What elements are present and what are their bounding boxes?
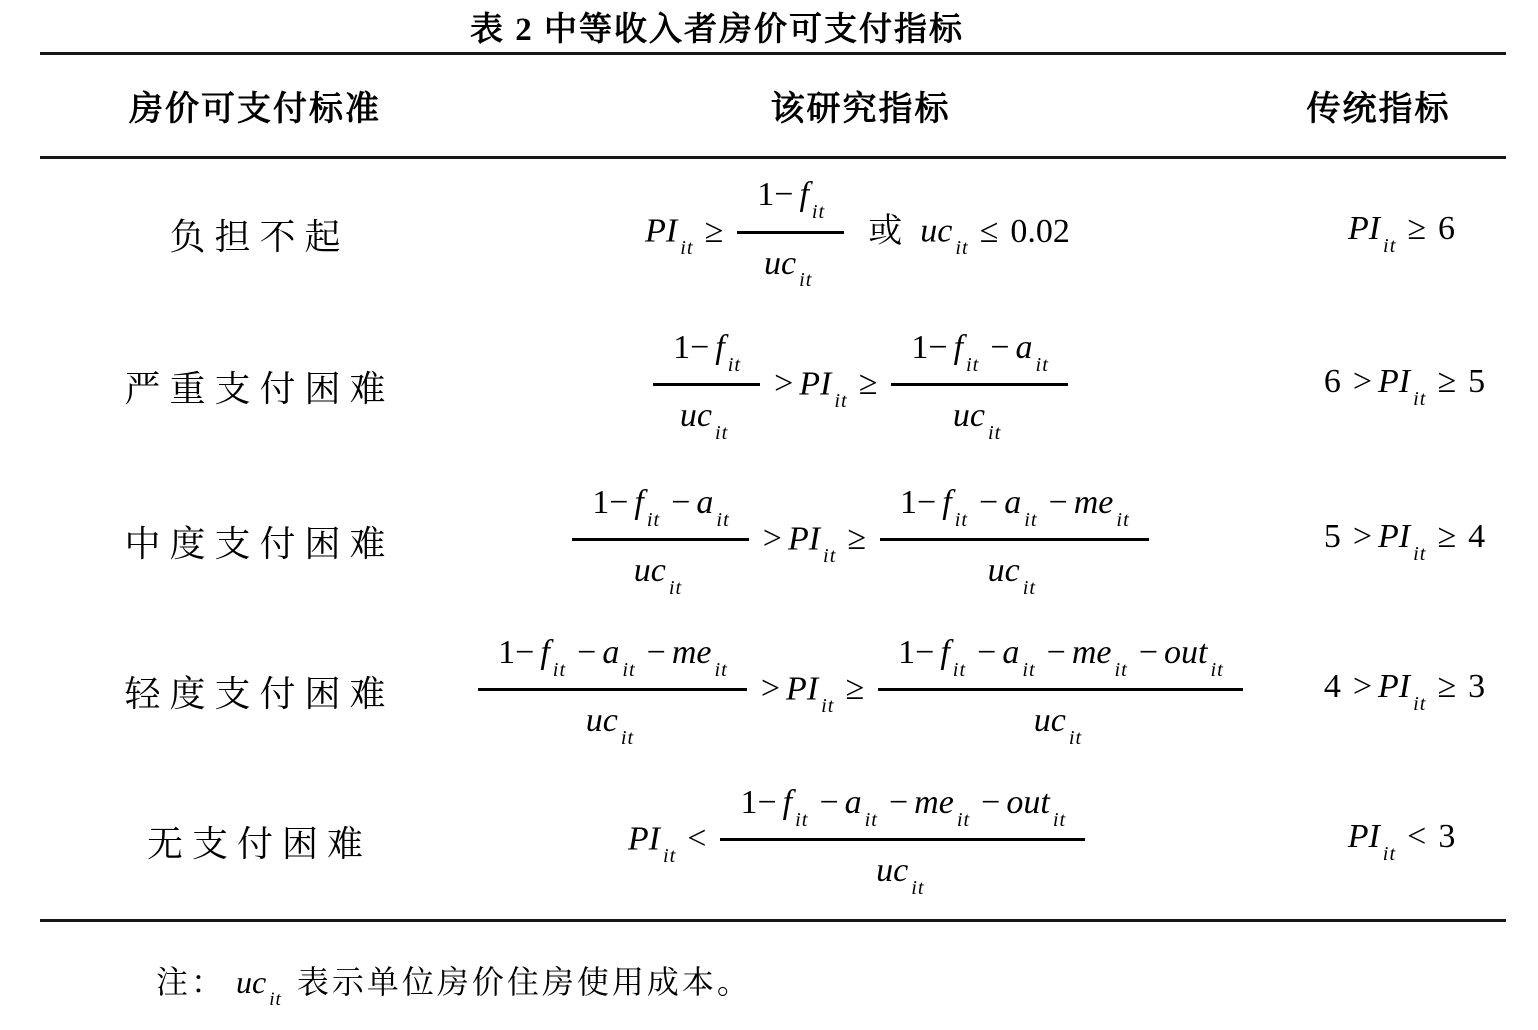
formula-operator: > [774,365,793,402]
formula-operator: 1− [900,484,936,521]
formula-operator: − [979,484,998,521]
formula-subscript: it [669,577,682,599]
formula-variable: PI [1348,210,1380,247]
formula-variable: uc [988,552,1020,589]
formula-subscript: it [715,422,728,444]
table-note: 注：ucit表示单位房价住房使用成本。 [146,964,762,1011]
traditional-formula-cell: 6>PIit≥5 [1251,362,1506,411]
formula-variable: uc [680,397,712,434]
formula-subscript: it [728,354,741,376]
formula-operator: < [1407,818,1426,855]
formula-variable: PI [628,820,660,857]
formula-operator: − [1049,484,1068,521]
formula-operator: 1− [498,634,534,671]
formula-operator: > [1353,518,1372,555]
formula-variable: PI [786,670,818,707]
traditional-formula-cell: PIit≥6 [1251,209,1506,258]
formula-subscript: it [953,659,966,681]
formula-variable: uc [764,245,796,282]
study-formula-cell: 1−fitucit>PIit≥1−fit−aitucit [470,328,1251,445]
fraction: 1−fitucit [653,328,760,445]
formula-operator: 5 [1324,518,1341,555]
formula-operator: ≥ [1437,363,1456,400]
formula-subscript: it [821,695,834,717]
formula-subscript: it [955,237,968,259]
formula-variable: uc [876,852,908,889]
table-title-row: 表 2 中等收入者房价可支付指标 [40,0,1506,52]
formula-operator: − [981,784,1000,821]
traditional-formula: 6>PIit≥5 [1318,362,1491,411]
fraction-denominator: ucit [862,841,943,900]
row-label: 中度支付困难 [40,516,470,567]
formula-subscript: it [647,509,660,531]
formula-subscript: it [621,727,634,749]
row-label: 无支付困难 [40,816,470,867]
formula-subscript: it [1053,809,1066,831]
formula-operator: ≥ [1437,518,1456,555]
formula-subscript: it [1211,659,1224,681]
formula-subscript: it [680,237,693,259]
study-formula-cell: PIit≥1−fitucit或ucit≤0.02 [470,175,1251,292]
formula-subscript: it [1413,388,1426,410]
formula-subscript: it [823,545,836,567]
formula-subscript: it [955,509,968,531]
formula-subscript: it [834,390,847,412]
fraction: 1−fit−aitucit [891,328,1068,445]
formula-operator: 6 [1438,210,1455,247]
traditional-formula-cell: 5>PIit≥4 [1251,517,1506,566]
row-label: 严重支付困难 [40,361,470,412]
formula-subscript: it [1023,577,1036,599]
formula-operator: 1− [592,484,628,521]
formula-subscript: it [269,989,282,1010]
study-formula: 1−fit−ait−meitucit>PIit≥1−fit−ait−meit−o… [470,633,1251,750]
formula-subscript: it [865,809,878,831]
formula-subscript: it [1036,354,1049,376]
fraction-numerator: 1−fit−ait−meit−outit [878,633,1243,691]
formula-text: 注： [156,964,226,1000]
formula-subscript: it [1115,659,1128,681]
formula-variable: a [696,484,713,521]
header-study-indicator: 该研究指标 [470,81,1251,130]
fraction-numerator: 1−fit [737,175,844,233]
formula-variable: f [954,329,963,366]
fraction-numerator: 1−fit [653,328,760,386]
formula-variable: f [940,634,949,671]
header-affordability-standard: 房价可支付标准 [40,81,470,130]
affordability-table: 表 2 中等收入者房价可支付指标 房价可支付标准 该研究指标 传统指标 负担不起… [40,0,1506,1011]
fraction: 1−fit−ait−meit−outitucit [878,633,1243,750]
fraction: 1−fit−aitucit [572,483,749,600]
fraction-denominator: ucit [620,541,701,600]
row-label: 负担不起 [40,209,470,260]
formula-operator: − [577,634,596,671]
table-row-mild-difficulty: 轻度支付困难 1−fit−ait−meitucit>PIit≥1−fit−ait… [40,619,1506,764]
formula-variable: a [1016,329,1033,366]
formula-variable: me [914,784,954,821]
formula-operator: − [1139,634,1158,671]
formula-operator: ≥ [1407,210,1426,247]
formula-subscript: it [1116,509,1129,531]
study-formula: 1−fitucit>PIit≥1−fit−aitucit [645,328,1076,445]
fraction-numerator: 1−fit−ait [572,483,749,541]
traditional-formula-cell: PIit<3 [1251,817,1506,866]
formula-subscript: it [812,201,825,223]
traditional-formula: 4>PIit≥3 [1318,667,1491,716]
formula-variable: f [799,176,808,213]
table-note-row: 注：ucit表示单位房价住房使用成本。 [40,922,1506,1011]
fraction: 1−fit−ait−meitucit [880,483,1149,600]
formula-subscript: it [988,422,1001,444]
formula-operator: > [1353,668,1372,705]
formula-operator: − [990,329,1009,366]
formula-subscript: it [911,877,924,899]
formula-variable: f [942,484,951,521]
formula-operator: − [647,634,666,671]
formula-operator: 1− [911,329,947,366]
study-formula-cell: PIit<1−fit−ait−meit−outitucit [470,783,1251,900]
formula-operator: 6 [1324,363,1341,400]
formula-variable: PI [1378,518,1410,555]
formula-operator: ≥ [845,670,864,707]
table-row-unaffordable: 负担不起 PIit≥1−fitucit或ucit≤0.02 PIit≥6 [40,159,1506,309]
formula-variable: uc [634,552,666,589]
traditional-formula: PIit≥6 [1348,209,1461,258]
formula-subscript: it [1413,543,1426,565]
formula-subscript: it [622,659,635,681]
fraction: 1−fit−ait−meit−outitucit [720,783,1085,900]
paper-page: 表 2 中等收入者房价可支付指标 房价可支付标准 该研究指标 传统指标 负担不起… [0,0,1538,1030]
formula-subscript: it [1413,693,1426,715]
formula-subscript: it [799,269,812,291]
study-formula-cell: 1−fit−aitucit>PIit≥1−fit−ait−meitucit [470,483,1251,600]
formula-variable: me [1074,484,1114,521]
formula-subscript: it [663,845,676,867]
formula-operator: ≥ [705,213,724,250]
traditional-formula: PIit<3 [1348,817,1462,866]
formula-operator: < [687,820,706,857]
formula-variable: uc [920,213,952,250]
formula-operator: − [819,784,838,821]
table-header-row: 房价可支付标准 该研究指标 传统指标 [40,55,1506,156]
formula-variable: out [1006,784,1049,821]
formula-operator: − [671,484,690,521]
formula-subscript: it [1024,509,1037,531]
fraction-numerator: 1−fit−ait [891,328,1068,386]
fraction-numerator: 1−fit−ait−meit [478,633,747,691]
formula-operator: ≥ [1437,668,1456,705]
formula-operator: 1− [673,329,709,366]
formula-operator: > [763,520,782,557]
formula-variable: PI [799,365,831,402]
formula-operator: − [889,784,908,821]
formula-operator: 3 [1438,818,1455,855]
formula-operator: ≥ [859,365,878,402]
fraction: 1−fit−ait−meitucit [478,633,747,750]
formula-operator: 1− [898,634,934,671]
formula-text: 或 [868,213,904,250]
row-label: 轻度支付困难 [40,666,470,717]
formula-variable: f [715,329,724,366]
traditional-formula-cell: 4>PIit≥3 [1251,667,1506,716]
fraction-denominator: ucit [666,386,747,445]
formula-variable: uc [236,964,266,1000]
study-formula: PIit≥1−fitucit或ucit≤0.02 [645,175,1076,292]
formula-variable: me [672,634,712,671]
table-title: 表 2 中等收入者房价可支付指标 [470,9,964,52]
table-row-moderate-difficulty: 中度支付困难 1−fit−aitucit>PIit≥1−fit−ait−meit… [40,464,1506,619]
fraction: 1−fitucit [737,175,844,292]
table-row-no-difficulty: 无支付困难 PIit<1−fit−ait−meit−outitucit PIit… [40,764,1506,919]
formula-operator: − [1047,634,1066,671]
formula-text: 表示单位房价住房使用成本。 [297,964,752,1000]
formula-operator: > [1353,363,1372,400]
formula-operator: 4 [1324,668,1341,705]
formula-operator: 1− [757,176,793,213]
formula-subscript: it [957,809,970,831]
formula-variable: a [1002,634,1019,671]
formula-variable: PI [1348,818,1380,855]
fraction-denominator: ucit [939,386,1020,445]
formula-variable: a [1004,484,1021,521]
formula-variable: uc [953,397,985,434]
formula-operator: 0.02 [1010,213,1070,250]
formula-variable: a [602,634,619,671]
table-row-severe-difficulty: 严重支付困难 1−fitucit>PIit≥1−fit−aitucit 6>PI… [40,309,1506,464]
study-formula: 1−fit−aitucit>PIit≥1−fit−ait−meitucit [564,483,1157,600]
formula-variable: a [845,784,862,821]
fraction-denominator: ucit [1020,691,1101,750]
fraction-numerator: 1−fit−ait−meit [880,483,1149,541]
formula-operator: 4 [1468,518,1485,555]
study-formula: PIit<1−fit−ait−meit−outitucit [628,783,1093,900]
formula-subscript: it [966,354,979,376]
traditional-formula: 5>PIit≥4 [1318,517,1491,566]
formula-variable: f [783,784,792,821]
formula-operator: > [761,670,780,707]
formula-variable: me [1072,634,1112,671]
formula-variable: f [634,484,643,521]
header-traditional-indicator: 传统指标 [1251,81,1506,130]
formula-subscript: it [1069,727,1082,749]
formula-variable: uc [1034,702,1066,739]
formula-subscript: it [1383,843,1396,865]
formula-operator: 3 [1468,668,1485,705]
fraction-numerator: 1−fit−ait−meit−outit [720,783,1085,841]
formula-operator: ≤ [980,213,999,250]
formula-operator: 1− [740,784,776,821]
formula-subscript: it [715,659,728,681]
formula-operator: − [977,634,996,671]
formula-operator: 5 [1468,363,1485,400]
fraction-denominator: ucit [572,691,653,750]
formula-operator: ≥ [847,520,866,557]
formula-subscript: it [1383,235,1396,257]
formula-subscript: it [553,659,566,681]
formula-variable: PI [645,213,677,250]
formula-subscript: it [1022,659,1035,681]
formula-variable: PI [1378,363,1410,400]
study-formula-cell: 1−fit−ait−meitucit>PIit≥1−fit−ait−meit−o… [470,633,1251,750]
fraction-denominator: ucit [974,541,1055,600]
formula-variable: PI [788,520,820,557]
formula-variable: uc [586,702,618,739]
formula-subscript: it [795,809,808,831]
formula-variable: f [540,634,549,671]
formula-variable: out [1164,634,1207,671]
formula-variable: PI [1378,668,1410,705]
formula-subscript: it [716,509,729,531]
fraction-denominator: ucit [750,234,831,293]
